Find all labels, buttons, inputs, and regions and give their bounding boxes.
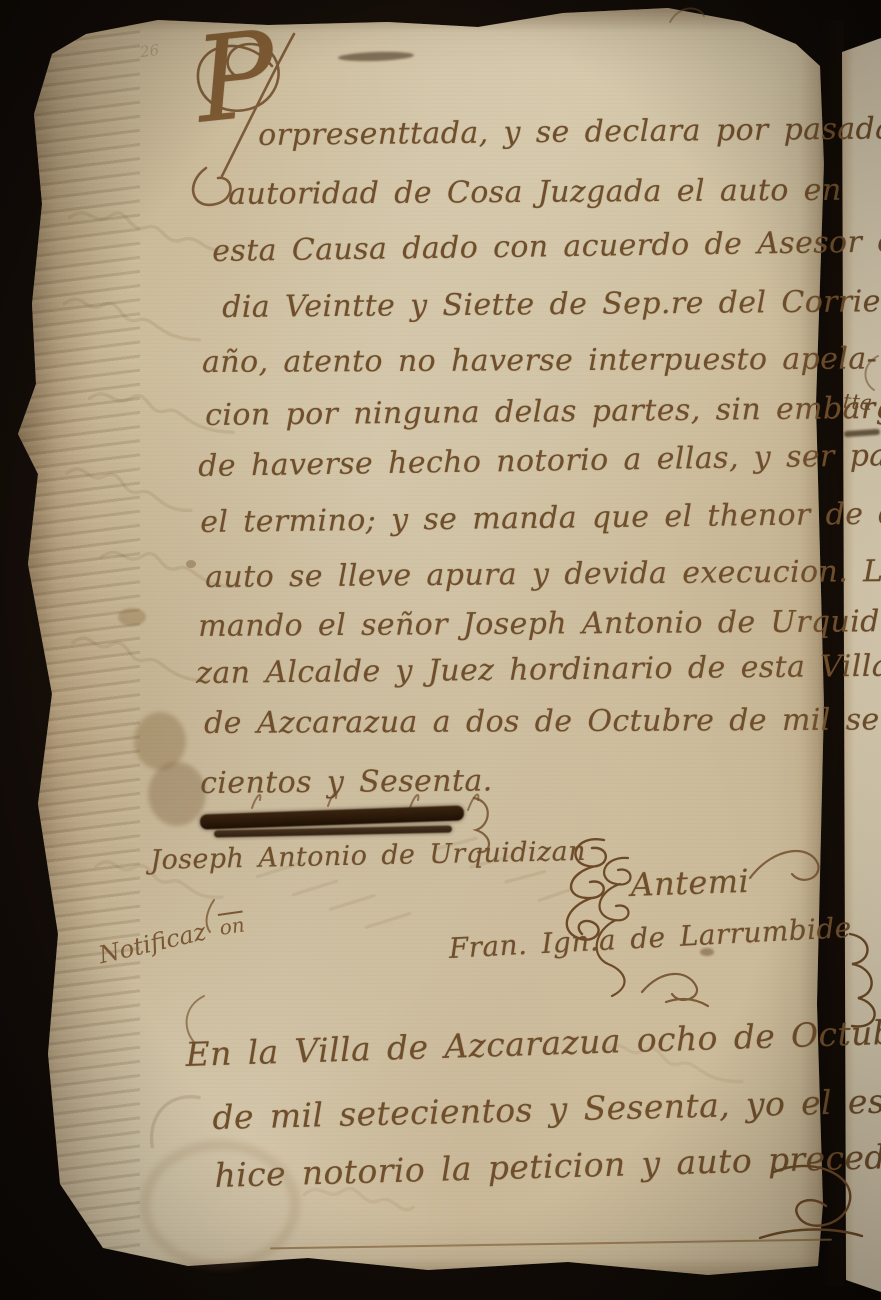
body-line: zan Alcalde y Juez hordinario de esta Vi… xyxy=(196,649,881,691)
body-line: de Azcarazua a dos de Octubre de mil set… xyxy=(204,702,881,741)
body-line: orpresenttada, y se declara por pasada e… xyxy=(258,111,881,153)
notary-under-flourish xyxy=(636,962,712,1010)
next-page-curl xyxy=(858,352,881,394)
body-line: cion por ninguna delas partes, sin embar… xyxy=(205,391,881,433)
closing-lead-curl xyxy=(174,992,214,1048)
stain xyxy=(118,608,146,626)
margin-mark: on xyxy=(218,913,246,940)
ink-speck xyxy=(700,948,714,956)
stain xyxy=(148,762,206,826)
body-line: mando el señor Joseph Antonio de Urquidi… xyxy=(198,604,881,644)
body-line: autoridad de Cosa Juzgada el auto en xyxy=(228,173,842,212)
signature-attestation: Antemi xyxy=(630,862,750,904)
top-edge-pen-curl xyxy=(666,2,708,26)
body-line: año, atento no haverse interpuesto apela… xyxy=(202,341,877,380)
folio-mark: 26 xyxy=(139,41,160,61)
attestation-tail-curl xyxy=(744,838,824,898)
manuscript-photo: 26 P orpresenttada, y se declara por pas… xyxy=(0,0,881,1300)
body-line: dia Veintte y Siette de Sep.re del Corri… xyxy=(222,284,881,325)
body-line: auto se lleve apura y devida execucion. … xyxy=(205,554,881,595)
closing-end-flourish xyxy=(756,1160,866,1246)
